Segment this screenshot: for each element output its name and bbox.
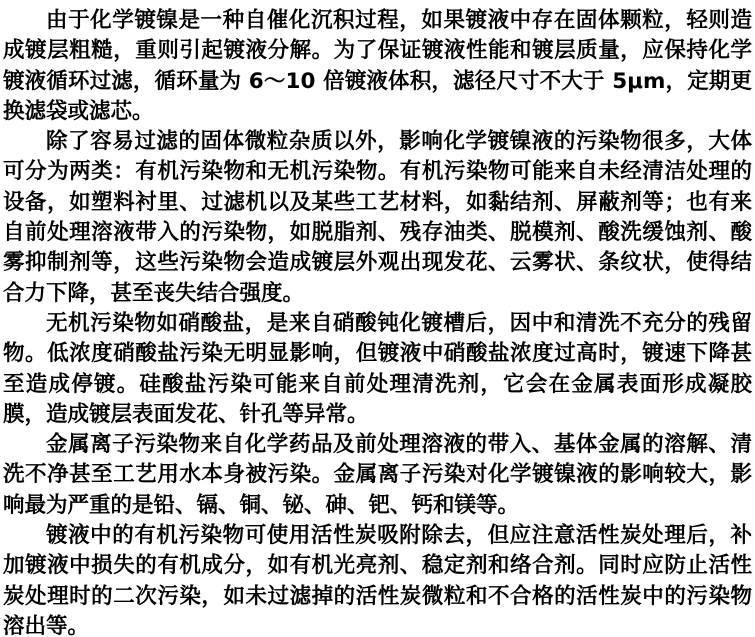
paragraph-filtration: 由于化学镀镍是一种自催化沉积过程，如果镀液中存在固体颗粒，轻则造成镀层粗糙，重则…	[3, 6, 752, 127]
paragraph-organic-contaminants: 除了容易过滤的固体微粒杂质以外，影响化学镀镍液的污染物很多，大体可分为两类：有机…	[3, 127, 752, 309]
paragraph-metal-ion-contaminants: 金属离子污染物来自化学药品及前处理溶液的带入、基体金属的溶解、清洗不净甚至工艺用…	[3, 430, 752, 521]
document-page: 由于化学镀镍是一种自催化沉积过程，如果镀液中存在固体颗粒，轻则造成镀层粗糙，重则…	[0, 0, 755, 637]
paragraph-inorganic-contaminants: 无机污染物如硝酸盐，是来自硝酸钝化镀槽后，因中和清洗不充分的残留物。低浓度硝酸盐…	[3, 309, 752, 430]
paragraph-activated-carbon-treatment: 镀液中的有机污染物可使用活性炭吸附除去，但应注意活性炭处理后，补加镀液中损失的有…	[3, 521, 752, 637]
